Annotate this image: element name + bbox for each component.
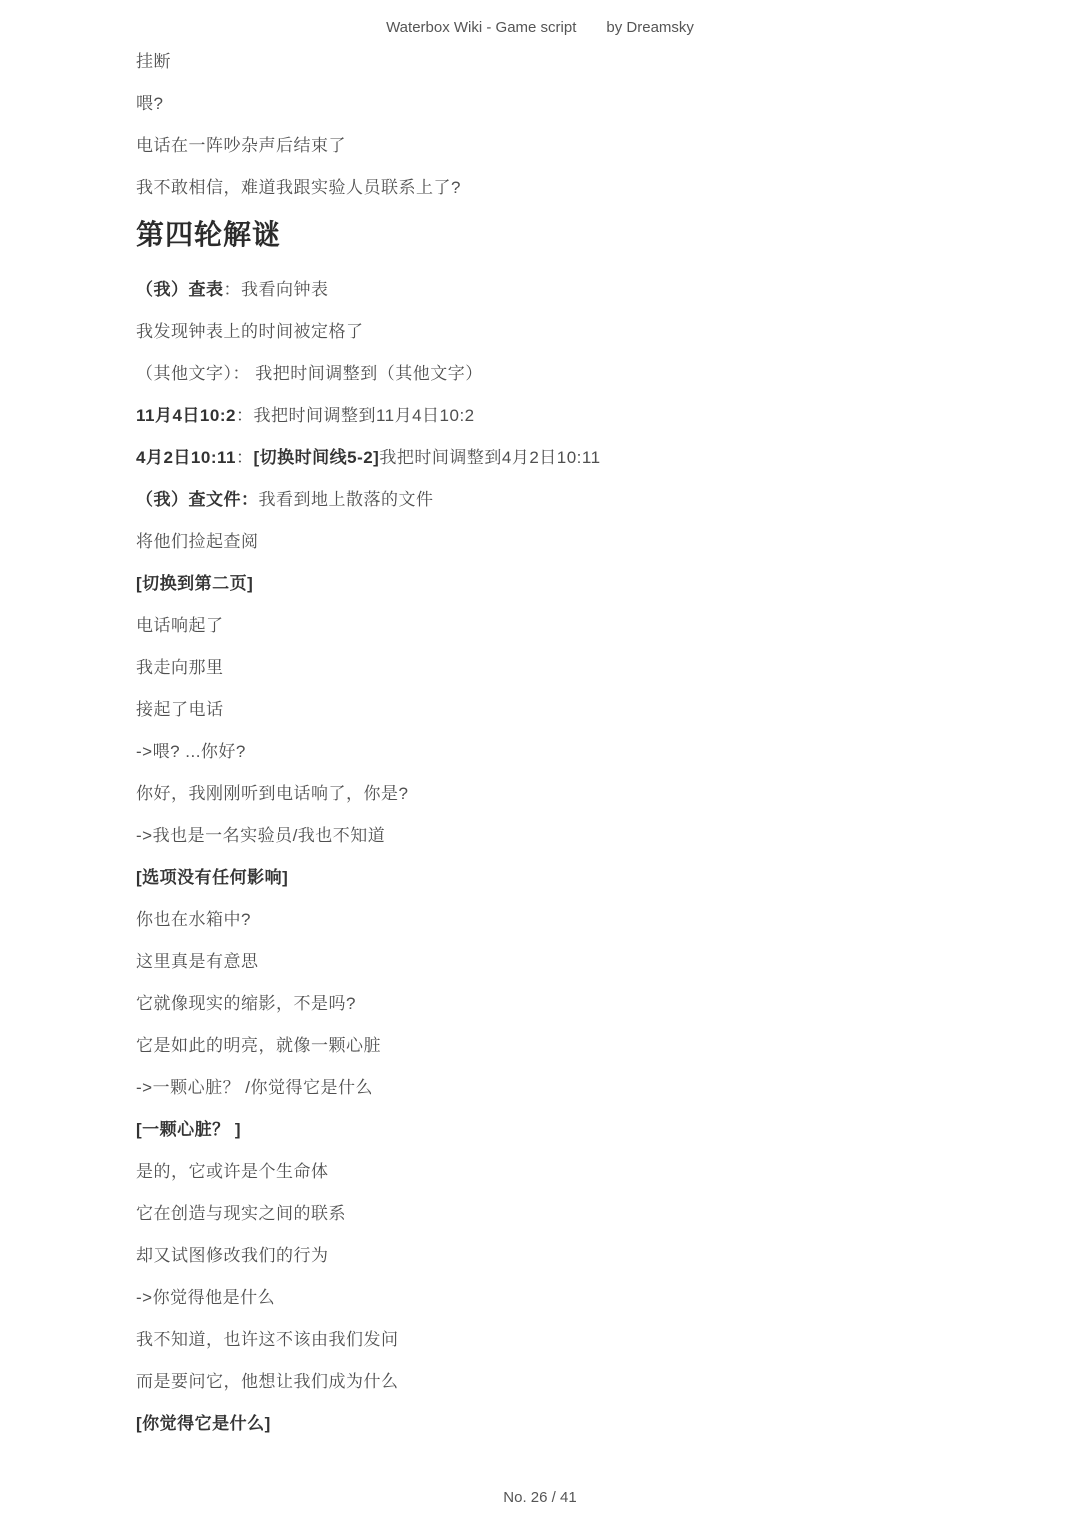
script-line-segment: 电话在一阵吵杂声后结束了 (136, 136, 346, 155)
script-line-segment: ->喂? ...你好? (136, 742, 246, 761)
script-line: 4月2日10:11：[切换时间线5-2]我把时间调整到4月2日10:11 (136, 446, 990, 470)
script-line: [切换到第二页] (136, 572, 990, 596)
script-line-segment: （其他文字）： 我把时间调整到（其他文字） (136, 364, 483, 383)
script-line-bold-segment: （我）查表 (136, 280, 224, 299)
script-line: 这里真是有意思 (136, 950, 990, 974)
script-line-segment: 我看到地上散落的文件 (259, 490, 434, 509)
script-line: （其他文字）： 我把时间调整到（其他文字） (136, 362, 990, 386)
script-line-bold-segment: （我）查文件： (136, 490, 259, 509)
script-line-segment: 我不知道，也许这不该由我们发问 (136, 1330, 399, 1349)
script-line-segment: ->我也是一名实验员/我也不知道 (136, 826, 385, 845)
script-line: 是的，它或许是个生命体 (136, 1160, 990, 1184)
script-line-bold-segment: 4月2日10:11 (136, 448, 236, 467)
script-line: 我不敢相信，难道我跟实验人员联系上了? (136, 176, 990, 200)
script-line-segment: ->一颗心脏？ /你觉得它是什么 (136, 1078, 373, 1097)
script-line: （我）查文件：我看到地上散落的文件 (136, 488, 990, 512)
script-line-segment: 它就像现实的缩影，不是吗? (136, 994, 356, 1013)
script-line: [选项没有任何影响] (136, 866, 990, 890)
script-line: 我走向那里 (136, 656, 990, 680)
script-line: 电话在一阵吵杂声后结束了 (136, 134, 990, 158)
script-line-segment: 我把时间调整到4月2日10:11 (379, 448, 600, 467)
header-title: Waterbox Wiki - Game script (386, 19, 576, 36)
script-line-bold-segment: [切换到第二页] (136, 574, 253, 593)
script-line: 接起了电话 (136, 698, 990, 722)
script-line-bold-segment: [切换时间线5-2] (253, 448, 379, 467)
script-line: 电话响起了 (136, 614, 990, 638)
script-line: 挂断 (136, 50, 990, 74)
script-line-segment: 我走向那里 (136, 658, 224, 677)
script-line: 而是要问它，他想让我们成为什么 (136, 1370, 990, 1394)
script-line-segment: 电话响起了 (136, 616, 224, 635)
document-page: Waterbox Wiki - Game script by Dreamsky … (0, 0, 1080, 1528)
script-line: 它是如此的明亮，就像一颗心脏 (136, 1034, 990, 1058)
script-line-segment: 将他们捡起查阅 (136, 532, 259, 551)
script-line: 你也在水箱中? (136, 908, 990, 932)
script-body: 挂断喂?电话在一阵吵杂声后结束了我不敢相信，难道我跟实验人员联系上了?第四轮解谜… (136, 50, 990, 1454)
script-line-segment: ：我把时间调整到11月4日10:2 (236, 406, 475, 425)
script-line: ->你觉得他是什么 (136, 1286, 990, 1310)
script-line-segment: 你也在水箱中? (136, 910, 251, 929)
script-line-segment: 它是如此的明亮，就像一颗心脏 (136, 1036, 381, 1055)
header-byline: by Dreamsky (606, 19, 694, 36)
script-line: （我）查表：我看向钟表 (136, 278, 990, 302)
script-line-segment: 却又试图修改我们的行为 (136, 1246, 329, 1265)
script-line-segment: 挂断 (136, 52, 171, 71)
script-line-segment: 我发现钟表上的时间被定格了 (136, 322, 364, 341)
script-line-segment: 喂? (136, 94, 163, 113)
script-line: ->一颗心脏？ /你觉得它是什么 (136, 1076, 990, 1100)
script-line: 我不知道，也许这不该由我们发问 (136, 1328, 990, 1352)
script-line: ->喂? ...你好? (136, 740, 990, 764)
script-line: 将他们捡起查阅 (136, 530, 990, 554)
script-line-bold-segment: [你觉得它是什么] (136, 1414, 271, 1433)
script-line: ->我也是一名实验员/我也不知道 (136, 824, 990, 848)
script-line: 喂? (136, 92, 990, 116)
script-line: [你觉得它是什么] (136, 1412, 990, 1436)
section-heading: 第四轮解谜 (136, 218, 990, 252)
script-line-bold-segment: 11月4日10:2 (136, 406, 236, 425)
page-number: No. 26 / 41 (503, 1489, 576, 1506)
script-line-segment: ->你觉得他是什么 (136, 1288, 275, 1307)
script-line: 却又试图修改我们的行为 (136, 1244, 990, 1268)
script-line-bold-segment: [选项没有任何影响] (136, 868, 288, 887)
script-line: 11月4日10:2：我把时间调整到11月4日10:2 (136, 404, 990, 428)
page-header: Waterbox Wiki - Game script by Dreamsky (0, 19, 1080, 36)
script-line: 它就像现实的缩影，不是吗? (136, 992, 990, 1016)
page-footer: No. 26 / 41 (0, 1489, 1080, 1506)
script-line: [一颗心脏？ ] (136, 1118, 990, 1142)
script-line: 你好，我刚刚听到电话响了，你是? (136, 782, 990, 806)
script-line: 它在创造与现实之间的联系 (136, 1202, 990, 1226)
script-line-segment: 我不敢相信，难道我跟实验人员联系上了? (136, 178, 461, 197)
script-line-segment: 而是要问它，他想让我们成为什么 (136, 1372, 399, 1391)
script-line-segment: 是的，它或许是个生命体 (136, 1162, 329, 1181)
script-line-segment: ：我看向钟表 (224, 280, 329, 299)
script-line-segment: 它在创造与现实之间的联系 (136, 1204, 346, 1223)
script-line-segment: ： (236, 448, 254, 467)
script-line-segment: 接起了电话 (136, 700, 224, 719)
script-line-segment: 这里真是有意思 (136, 952, 259, 971)
script-line: 我发现钟表上的时间被定格了 (136, 320, 990, 344)
script-line-segment: 你好，我刚刚听到电话响了，你是? (136, 784, 408, 803)
script-line-bold-segment: [一颗心脏？ ] (136, 1120, 241, 1139)
